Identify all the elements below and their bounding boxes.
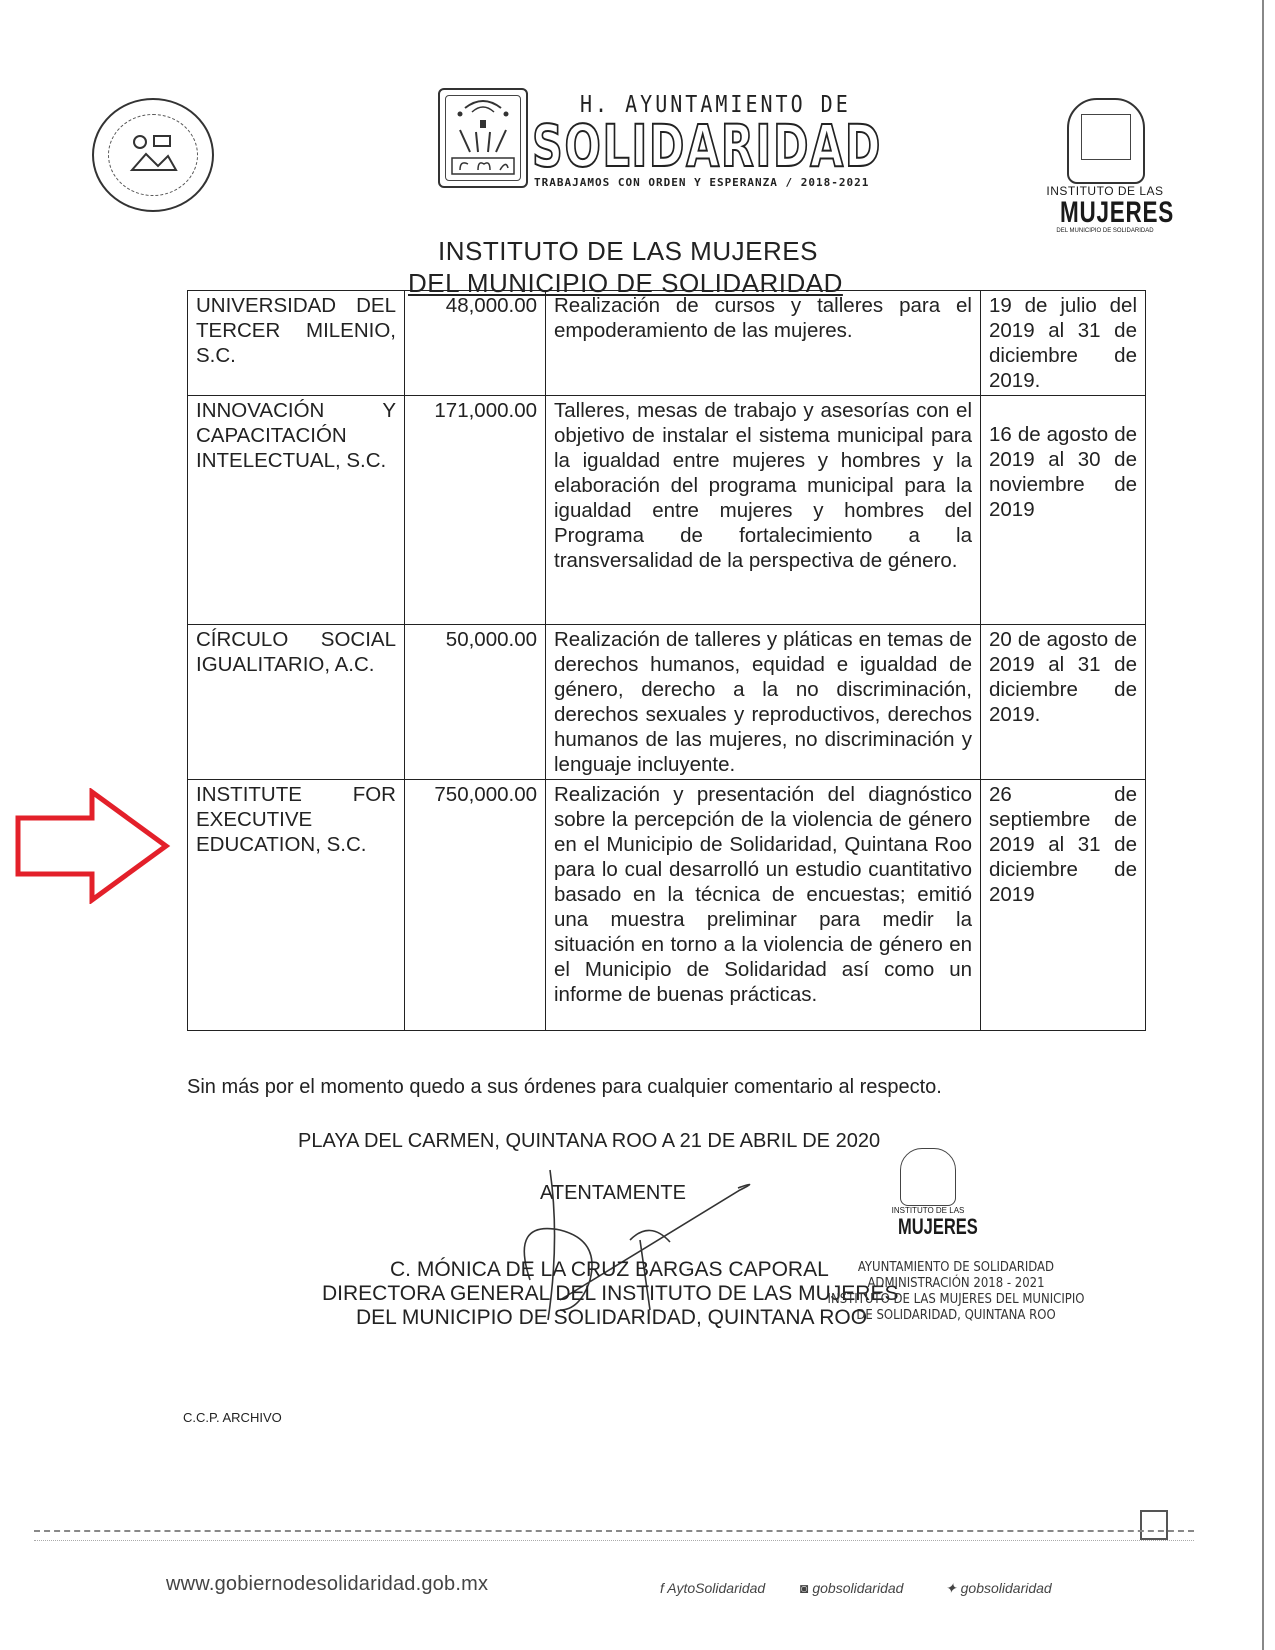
provider-cell: INSTITUTE FOR EXECUTIVE EDUCATION, S.C. <box>188 780 405 1031</box>
official-stamp-text: AYUNTAMIENTO DE SOLIDARIDAD ADMINISTRACI… <box>826 1260 1086 1324</box>
contracts-table: UNIVERSIDAD DEL TERCER MILENIO, S.C. 48,… <box>187 290 1146 1031</box>
twitter-handle: gobsolidaridad <box>961 1580 1052 1596</box>
institute-stamp-logo: INSTITUTO DE LAS MUJERES <box>888 1148 968 1256</box>
seal-emblem-icon <box>128 130 178 176</box>
facebook-icon: f <box>660 1580 664 1596</box>
period-cell: 26 de septiembre de 2019 al 31 de diciem… <box>981 780 1146 1031</box>
inst-logo-line3: DEL MUNICIPIO DE SOLIDARIDAD <box>1045 228 1165 234</box>
period-cell: 16 de agosto de 2019 al 30 de noviembre … <box>981 396 1146 625</box>
period-cell: 19 de julio del 2019 al 31 de diciembre … <box>981 291 1146 396</box>
description-cell: Realización de talleres y pláticas en te… <box>546 625 981 780</box>
amount-cell: 171,000.00 <box>405 396 546 625</box>
footer-instagram[interactable]: ◙ gobsolidaridad <box>800 1580 903 1596</box>
signatory-role: DIRECTORA GENERAL DEL INSTITUTO DE LAS M… <box>322 1282 898 1306</box>
stamp-line: INSTITUTO DE LAS MUJERES DEL MUNICIPIO <box>826 1292 1086 1308</box>
table-row: CÍRCULO SOCIAL IGUALITARIO, A.C. 50,000.… <box>188 625 1146 780</box>
instagram-icon: ◙ <box>800 1580 808 1596</box>
table-row: UNIVERSIDAD DEL TERCER MILENIO, S.C. 48,… <box>188 291 1146 396</box>
instituto-mujeres-logo: INSTITUTO DE LAS MUJERES DEL MUNICIPIO D… <box>1045 98 1165 238</box>
gov-title-big: SOLIDARIDAD <box>532 112 882 180</box>
stamp-line: DE SOLIDARIDAD, QUINTANA ROO <box>826 1308 1086 1324</box>
stamp-logo-line2: MUJERES <box>898 1214 958 1240</box>
place-date: PLAYA DEL CARMEN, QUINTANA ROO A 21 DE A… <box>298 1130 880 1153</box>
scan-edge-line <box>1262 0 1264 1650</box>
inst-logo-line2: MUJERES <box>1060 196 1150 230</box>
description-cell: Realización de cursos y talleres para el… <box>546 291 981 396</box>
qr-code-icon <box>1140 1510 1168 1540</box>
footer-website-link[interactable]: www.gobiernodesolidaridad.gob.mx <box>166 1573 488 1596</box>
municipal-seal-logo <box>92 98 214 212</box>
ayuntamiento-logo <box>438 88 528 188</box>
closing-paragraph: Sin más por el momento quedo a sus órden… <box>187 1076 942 1099</box>
table-row: INSTITUTE FOR EXECUTIVE EDUCATION, S.C. … <box>188 780 1146 1031</box>
signatory-name: C. MÓNICA DE LA CRUZ BARGAS CAPORAL <box>390 1258 829 1282</box>
stamp-line: AYUNTAMIENTO DE SOLIDARIDAD <box>826 1260 1086 1276</box>
provider-cell: UNIVERSIDAD DEL TERCER MILENIO, S.C. <box>188 291 405 396</box>
footer-divider <box>34 1540 1194 1541</box>
signatory-organization: DEL MUNICIPIO DE SOLIDARIDAD, QUINTANA R… <box>356 1306 867 1330</box>
period-cell: 20 de agosto de 2019 al 31 de diciembre … <box>981 625 1146 780</box>
stamp-line: ADMINISTRACIÓN 2018 - 2021 <box>826 1276 1086 1292</box>
instagram-handle: gobsolidaridad <box>812 1580 903 1596</box>
amount-cell: 750,000.00 <box>405 780 546 1031</box>
mayan-glyph-icon <box>440 90 526 186</box>
footer-facebook[interactable]: f AytoSolidaridad <box>660 1580 765 1596</box>
footer-twitter[interactable]: ✦ gobsolidaridad <box>945 1580 1052 1597</box>
crown-emblem-icon <box>1067 98 1145 184</box>
description-cell: Realización y presentación del diagnósti… <box>546 780 981 1031</box>
ccp-archive: C.C.P. ARCHIVO <box>183 1410 282 1425</box>
table-row: INNOVACIÓN Y CAPACITACIÓN INTELECTUAL, S… <box>188 396 1146 625</box>
facebook-handle: AytoSolidaridad <box>667 1580 765 1596</box>
footer-divider <box>34 1530 1194 1532</box>
twitter-icon: ✦ <box>945 1580 957 1596</box>
amount-cell: 48,000.00 <box>405 291 546 396</box>
description-cell: Talleres, mesas de trabajo y asesorías c… <box>546 396 981 625</box>
red-arrow-annotation-icon <box>14 788 172 904</box>
provider-cell: CÍRCULO SOCIAL IGUALITARIO, A.C. <box>188 625 405 780</box>
document-title-line1: INSTITUTO DE LAS MUJERES <box>438 236 818 267</box>
amount-cell: 50,000.00 <box>405 625 546 780</box>
gov-tagline: TRABAJAMOS CON ORDEN Y ESPERANZA / 2018-… <box>534 176 869 189</box>
crown-emblem-icon <box>900 1148 956 1206</box>
provider-cell: INNOVACIÓN Y CAPACITACIÓN INTELECTUAL, S… <box>188 396 405 625</box>
